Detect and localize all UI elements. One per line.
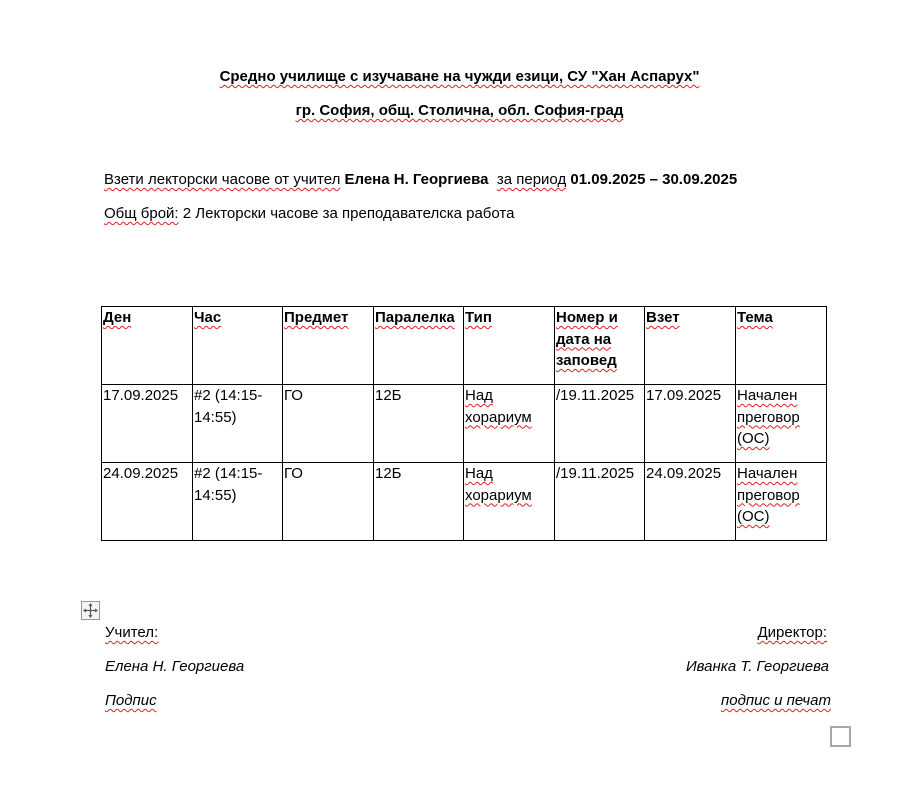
table-cell: 24.09.2025 [645, 463, 736, 541]
table-cell-text: ГО [284, 387, 303, 404]
intro-period-label: за период [497, 171, 566, 188]
table-row: 24.09.2025#2 (14:15-14:55)ГО12БНад хорар… [102, 463, 827, 541]
director-sign-text: подпис и печат [721, 692, 831, 709]
table-cell: Над хорариум [464, 385, 555, 463]
column-header-text: Тема [737, 309, 773, 326]
column-header: Ден [102, 307, 193, 385]
table-cell: 12Б [374, 385, 464, 463]
school-name-heading: Средно училище с изучаване на чужди езиц… [0, 68, 919, 85]
column-header: Взет [645, 307, 736, 385]
teacher-signature-label: Подпис [105, 692, 157, 709]
intro-teacher: Елена Н. Георгиева [345, 171, 489, 188]
column-header-text: Взет [646, 309, 680, 326]
table-cell-text: #2 (14:15-14:55) [194, 465, 262, 504]
school-address-text: гр. София, общ. Столична, обл. София-гра… [296, 102, 624, 119]
table-cell: /19.11.2025 [555, 385, 645, 463]
column-header-text: Номер и дата на заповед [556, 309, 618, 369]
table-cell: 12Б [374, 463, 464, 541]
table-cell: #2 (14:15-14:55) [193, 463, 283, 541]
table-cell-text: /19.11.2025 [556, 387, 634, 404]
table-cell-text: 24.09.2025 [103, 465, 178, 482]
director-name: Иванка Т. Георгиева [686, 658, 829, 675]
table-cell-text: /19.11.2025 [556, 465, 634, 482]
table-cell-text: 17.09.2025 [646, 387, 721, 404]
column-header: Час [193, 307, 283, 385]
column-header-text: Паралелка [375, 309, 455, 326]
total-line: Общ брой: 2 Лекторски часове за преподав… [104, 205, 514, 222]
table-cell-text: 24.09.2025 [646, 465, 721, 482]
intro-line: Взети лекторски часове от учител Елена Н… [104, 171, 737, 188]
intro-prefix: Взети лекторски часове от учител [104, 171, 340, 188]
total-value: 2 Лекторски часове за преподавателска ра… [183, 205, 515, 222]
teacher-label-text: Учител: [105, 624, 158, 641]
column-header-text: Предмет [284, 309, 348, 326]
column-header: Паралелка [374, 307, 464, 385]
table-cell-text: Над хорариум [465, 387, 532, 426]
table-cell-text: Начален преговор (ОС) [737, 465, 800, 525]
school-name-text: Средно училище с изучаване на чужди езиц… [220, 68, 700, 85]
director-label: Директор: [757, 624, 827, 641]
table-cell: Над хорариум [464, 463, 555, 541]
table-cell-text: ГО [284, 465, 303, 482]
director-signature-label: подпис и печат [721, 692, 831, 709]
table-cell: 17.09.2025 [645, 385, 736, 463]
teacher-name: Елена Н. Георгиева [105, 658, 244, 675]
column-header-text: Тип [465, 309, 492, 326]
table-cell-text: 12Б [375, 387, 402, 404]
table-cell: 24.09.2025 [102, 463, 193, 541]
lectures-table: ДенЧасПредметПаралелкаТипНомер и дата на… [101, 306, 827, 541]
table-cell: 17.09.2025 [102, 385, 193, 463]
column-header: Тема [736, 307, 827, 385]
column-header: Номер и дата на заповед [555, 307, 645, 385]
table-cell: #2 (14:15-14:55) [193, 385, 283, 463]
intro-period: 01.09.2025 – 30.09.2025 [570, 171, 737, 188]
resize-square-icon[interactable] [830, 726, 851, 747]
table-cell: Начален преговор (ОС) [736, 385, 827, 463]
table-cell-text: 17.09.2025 [103, 387, 178, 404]
table-cell: ГО [283, 463, 374, 541]
table-header-row: ДенЧасПредметПаралелкаТипНомер и дата на… [102, 307, 827, 385]
table-cell-text: 12Б [375, 465, 402, 482]
column-header-text: Час [194, 309, 221, 326]
column-header: Тип [464, 307, 555, 385]
column-header-text: Ден [103, 309, 131, 326]
table-move-handle[interactable] [81, 601, 100, 620]
table-row: 17.09.2025#2 (14:15-14:55)ГО12БНад хорар… [102, 385, 827, 463]
move-arrows-icon [82, 602, 99, 619]
teacher-sign-text: Подпис [105, 692, 157, 709]
school-address-heading: гр. София, общ. Столична, обл. София-гра… [0, 102, 919, 119]
table-cell-text: #2 (14:15-14:55) [194, 387, 262, 426]
director-label-text: Директор: [757, 624, 827, 641]
column-header: Предмет [283, 307, 374, 385]
table-cell: /19.11.2025 [555, 463, 645, 541]
table-cell: Начален преговор (ОС) [736, 463, 827, 541]
table-cell: ГО [283, 385, 374, 463]
table-cell-text: Над хорариум [465, 465, 532, 504]
teacher-label: Учител: [105, 624, 158, 641]
total-label: Общ брой: [104, 205, 179, 222]
table-cell-text: Начален преговор (ОС) [737, 387, 800, 447]
